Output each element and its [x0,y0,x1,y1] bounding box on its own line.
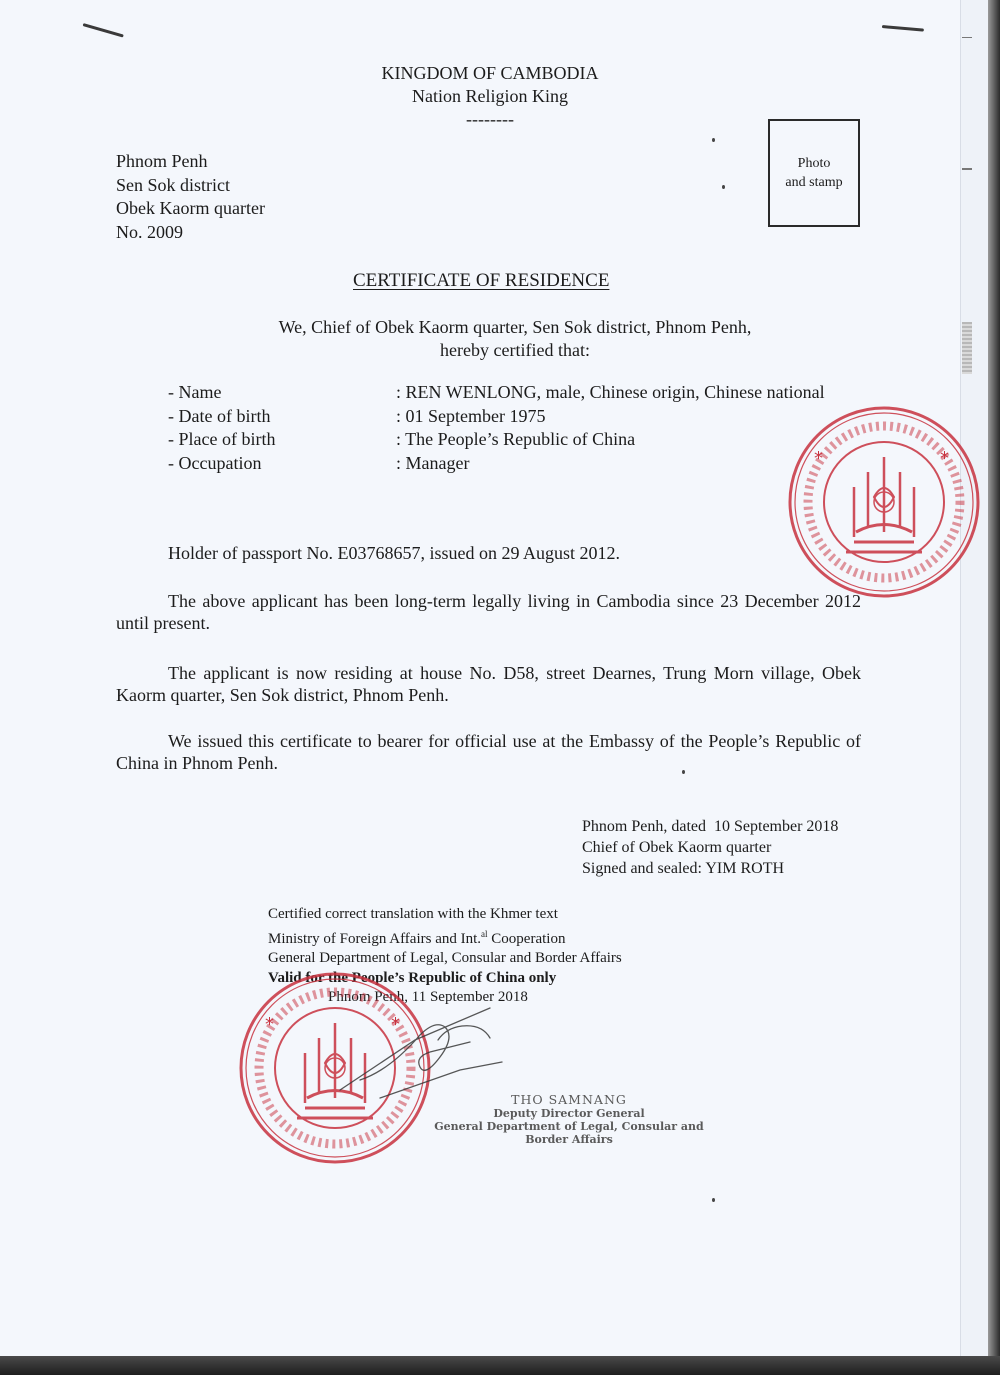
current-address-paragraph: The applicant is now residing at house N… [116,662,861,706]
speck [722,185,725,189]
scanned-page-edge [960,0,989,1356]
paragraph-text: The above applicant has been long-term l… [116,591,861,633]
field-occupation: - Occupation : Manager [168,452,825,476]
official-role: Deputy Director General [414,1107,724,1120]
speck [712,138,715,142]
country-name: KINGDOM OF CAMBODIA [340,62,640,85]
intro-line: We, Chief of Obek Kaorm quarter, Sen Sok… [175,316,855,339]
photo-and-stamp-box: Photo and stamp [768,119,860,227]
signatory-name: Signed and sealed: YIM ROTH [582,858,838,879]
paragraph-text: The applicant is now residing at house N… [116,663,861,705]
scan-artifact [962,322,972,374]
scanner-border-bottom [0,1356,1000,1375]
address-district: Sen Sok district [116,174,265,198]
passport-paragraph: Holder of passport No. E03768657, issued… [116,542,861,564]
scan-artifact [962,168,972,170]
issuer-signature-block: Phnom Penh, dated 10 September 2018 Chie… [582,816,838,879]
personal-details: - Name : REN WENLONG, male, Chinese orig… [168,381,825,475]
photo-box-label: Photo [798,154,831,173]
official-stamp-text: THO SAMNANG Deputy Director General Gene… [414,1093,724,1146]
field-label: - Occupation [168,452,396,476]
field-name: - Name : REN WENLONG, male, Chinese orig… [168,381,825,405]
intro-statement: We, Chief of Obek Kaorm quarter, Sen Sok… [175,316,855,362]
purpose-paragraph: We issued this certificate to bearer for… [116,730,861,774]
field-date-of-birth: - Date of birth : 01 September 1975 [168,405,825,429]
issuer-address: Phnom Penh Sen Sok district Obek Kaorm q… [116,150,265,244]
signatory-title: Chief of Obek Kaorm quarter [582,837,838,858]
address-quarter: Obek Kaorm quarter [116,197,265,221]
paragraph-text: We issued this certificate to bearer for… [116,731,861,773]
ministry-name: Ministry of Foreign Affairs and Int. [268,931,481,947]
field-label: - Place of birth [168,428,396,452]
certification-line: Certified correct translation with the K… [268,905,622,925]
field-value: : REN WENLONG, male, Chinese origin, Chi… [396,381,825,405]
document-title: CERTIFICATE OF RESIDENCE [353,270,609,292]
field-value: : The People’s Republic of China [396,428,635,452]
speck [712,1198,715,1202]
scanner-border-right [988,0,1000,1375]
intro-line: hereby certified that: [175,339,855,362]
certification-line: General Department of Legal, Consular an… [268,949,622,969]
photo-box-label: and stamp [785,173,842,192]
issue-date: Phnom Penh, dated 10 September 2018 [582,816,838,837]
scan-artifact [962,37,972,38]
official-department: General Department of Legal, Consular an… [414,1120,724,1146]
field-value: : 01 September 1975 [396,405,545,429]
document-number: No. 2009 [116,221,265,245]
svg-text:*: * [814,448,823,469]
field-value: : Manager [396,452,469,476]
field-label: - Name [168,381,396,405]
field-place-of-birth: - Place of birth : The People’s Republic… [168,428,825,452]
certification-line: Ministry of Foreign Affairs and Int.al C… [268,925,622,950]
official-name: THO SAMNANG [414,1093,724,1107]
national-motto: Nation Religion King [340,85,640,108]
residence-duration-paragraph: The above applicant has been long-term l… [116,590,861,634]
official-seal-icon: * * [784,402,984,602]
field-label: - Date of birth [168,405,396,429]
document-header: KINGDOM OF CAMBODIA Nation Religion King… [340,62,640,131]
ministry-name: Cooperation [488,931,566,947]
paragraph-text: Holder of passport No. E03768657, issued… [168,543,620,563]
header-separator: -------- [340,108,640,131]
svg-text:*: * [265,1014,274,1035]
address-city: Phnom Penh [116,150,265,174]
svg-text:*: * [940,448,949,469]
